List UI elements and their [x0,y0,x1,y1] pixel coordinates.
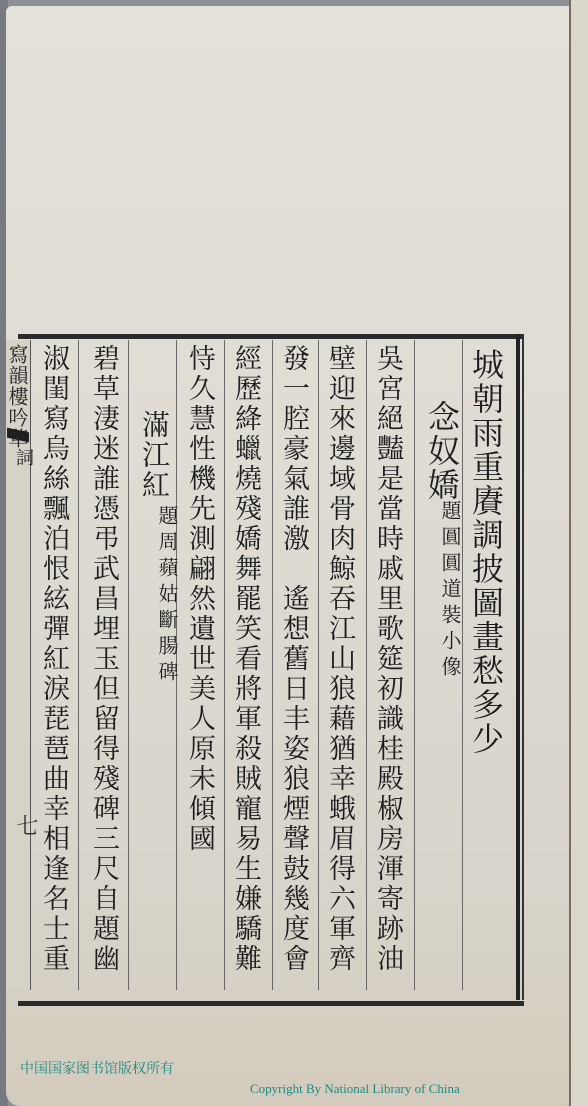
column-rule [78,340,79,990]
tune-title-niannujiao: 念奴嬌 [426,400,458,502]
poem-subtitle-2: 題周蘋姑斷腸碑 [157,505,177,687]
adjacent-page-edge [571,0,588,1106]
tune-title-manjianghong: 滿江紅 [140,410,168,500]
section-label: 詞 [10,448,36,466]
text-column-4: 壁迎來邊域骨肉鯨吞江山狼藉猶幸蛾眉得六軍齊 [326,344,353,974]
column-rule [462,340,463,990]
column-rule [224,340,225,990]
watermark-chinese: 中国国家图书馆版权所有 [20,1058,174,1078]
column-rule [272,340,273,990]
column-rule [318,340,319,990]
frame-right-border [516,334,524,1000]
poem-subtitle-1: 題圓圓道裝小像 [440,500,460,682]
text-column-10: 淑閨寫烏絲飄泊恨絃彈紅淚琵琶曲幸相逢名士重 [40,344,67,974]
column-rule [414,340,415,990]
text-column-1: 城朝雨重賡調披圖畫愁多少 [470,348,502,756]
column-rule [128,340,129,990]
column-rule [366,340,367,990]
page-number: 七 [10,814,41,836]
text-column-5: 發一腔豪氣誰激 遙想舊日丰姿狼煙聲鼓幾度會 [280,344,307,974]
text-column-7: 恃久慧性機先測翩然遺世美人原未傾國 [186,344,213,854]
text-column-9: 碧草淒迷誰憑弔武昌埋玉但留得殘碑三尺自題幽 [90,344,117,974]
text-column-6: 經歷絳蠟燒殘嬌舞罷笑看將軍殺賊寵易生嫌驕難 [232,344,259,974]
watermark-english: Copyright By National Library of China [250,1081,460,1097]
text-column-3: 吳宮絕豔是當時戚里歌筵初識桂殿椒房渾寄跡油 [374,344,401,974]
